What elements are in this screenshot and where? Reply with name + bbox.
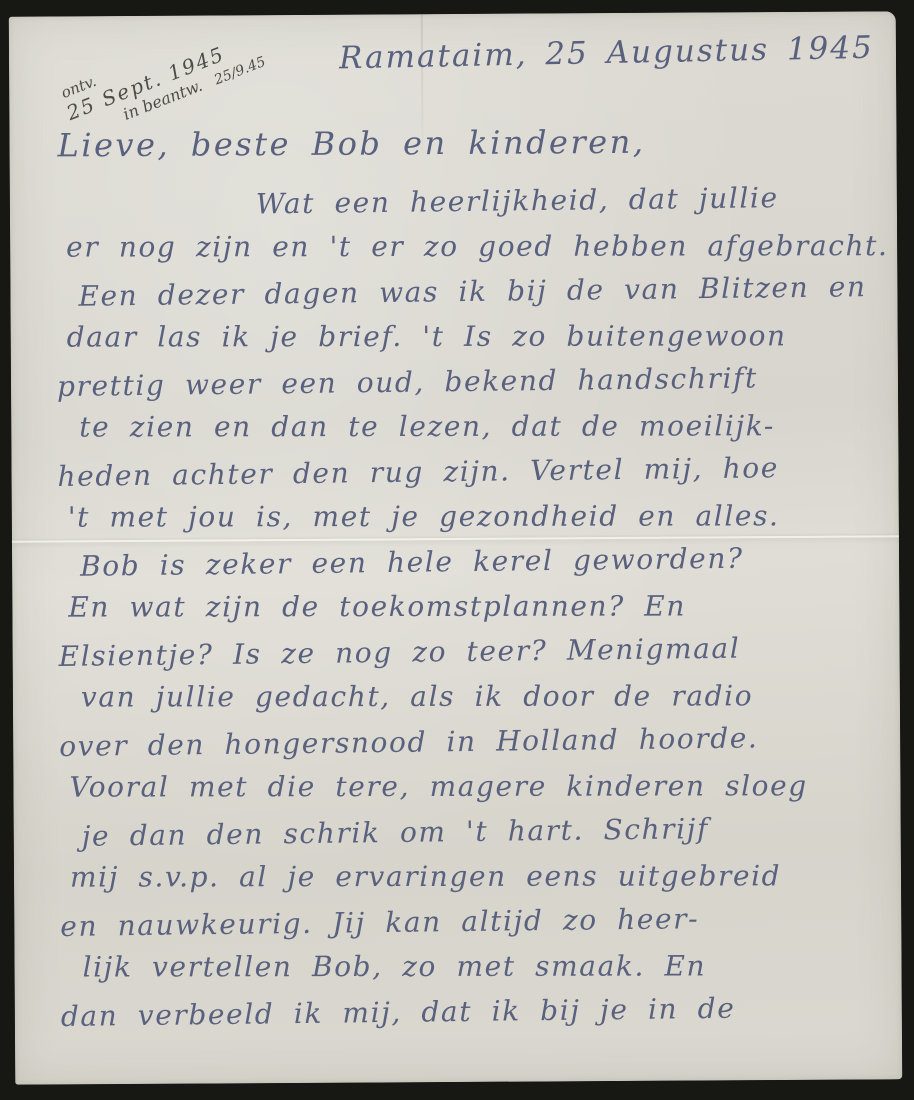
- letter-line: En wat zijn de toekomstplannen? En: [68, 583, 885, 629]
- letter-line: te zien en dan te lezen, dat de moeilijk…: [79, 403, 884, 449]
- letter-line: er nog zijn en 't er zo goed hebben afge…: [66, 223, 883, 269]
- letter-line: lijk vertellen Bob, zo met smaak. En: [83, 943, 888, 989]
- letter-line: mij s.v.p. al je ervaringen eens uitgebr…: [70, 853, 887, 899]
- letter-line: daar las ik je brief. 't Is zo buitengew…: [67, 313, 884, 359]
- letter-line: Wat een heerlijkheid, dat jullie: [56, 174, 883, 229]
- letter-salutation: Lieve, beste Bob en kinderen,: [57, 123, 645, 165]
- letter-dateline: Ramataim, 25 Augustus 1945: [339, 30, 874, 77]
- letter-line: van jullie gedacht, als ik door de radio: [81, 673, 886, 719]
- letter-line: dan verbeeld ik mij, dat ik bij je in de: [61, 984, 888, 1039]
- scan-background: ontv. 25 Sept. 1945 in beantw.25/9.45 Ra…: [0, 0, 914, 1100]
- letter-line: heden achter den rug zijn. Vertel mij, h…: [57, 444, 884, 499]
- letter-line: Elsientje? Is ze nog zo teer? Menigmaal: [58, 624, 885, 679]
- letter-line: Een dezer dagen was ik bij de van Blitze…: [78, 264, 883, 319]
- letter-line: 't met jou is, met je gezondheid en alle…: [68, 493, 885, 539]
- letter-line: prettig weer een oud, bekend handschrift: [57, 354, 884, 409]
- letter-body: Wat een heerlijkheid, dat jullie er nog …: [56, 176, 888, 1036]
- letter-line: Bob is zeker een hele kerel geworden?: [80, 534, 885, 589]
- letter-line: over den hongersnood in Holland hoorde.: [59, 714, 886, 769]
- letter-line: je dan den schrik om 't hart. Schrijf: [81, 804, 886, 859]
- letter-line: en nauwkeurig. Jij kan altijd zo heer-: [60, 894, 887, 949]
- letter-page: ontv. 25 Sept. 1945 in beantw.25/9.45 Ra…: [9, 11, 903, 1084]
- letter-line: Vooral met die tere, magere kinderen slo…: [69, 763, 886, 809]
